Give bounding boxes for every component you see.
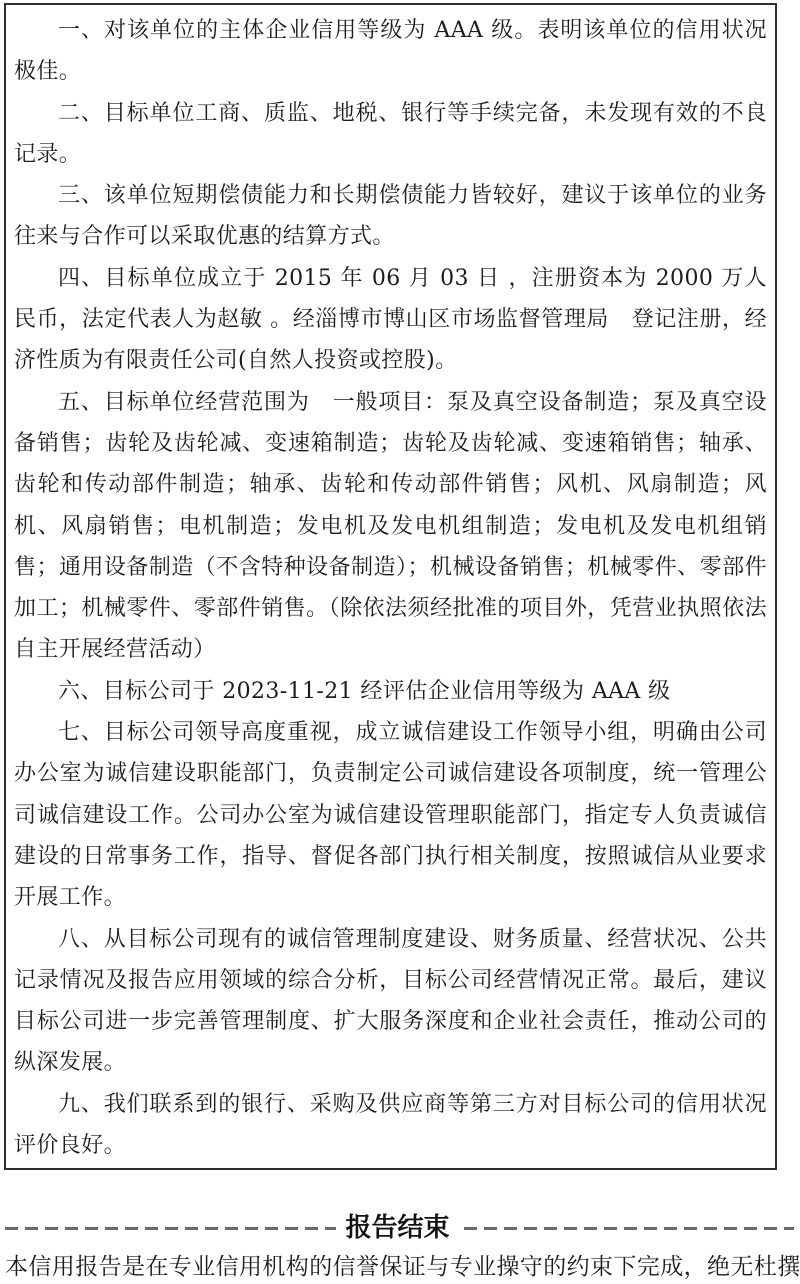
report-end-label: 报告结束: [336, 1210, 464, 1246]
report-paragraph-7: 七、目标公司领导高度重视，成立诚信建设工作领导小组，明确由公司办公室为诚信建设职…: [14, 712, 767, 918]
report-paragraph-4: 四、目标单位成立于 2015 年 06 月 03 日 ，注册资本为 2000 万…: [14, 258, 767, 382]
disclaimer-text: 本信用报告是在专业信用机构的信誉保证与专业操守的约束下完成，绝无杜撰。: [5, 1252, 800, 1282]
divider-dash-right: [464, 1227, 795, 1230]
report-paragraph-2: 二、目标单位工商、质监、地税、银行等手续完备，未发现有效的不良记录。: [14, 93, 767, 176]
report-end-divider: 报告结束: [5, 1210, 794, 1246]
divider-dash-left: [5, 1227, 336, 1230]
report-paragraph-8: 八、从目标公司现有的诚信管理制度建设、财务质量、经营状况、公共记录情况及报告应用…: [14, 919, 767, 1084]
report-paragraph-1: 一、对该单位的主体企业信用等级为 AAA 级。表明该单位的信用状况极佳。: [14, 10, 767, 93]
report-paragraph-6: 六、目标公司于 2023-11-21 经评估企业信用等级为 AAA 级: [14, 671, 767, 712]
credit-report-page: 一、对该单位的主体企业信用等级为 AAA 级。表明该单位的信用状况极佳。 二、目…: [0, 3, 800, 1284]
report-paragraph-9: 九、我们联系到的银行、采购及供应商等第三方对目标公司的信用状况评价良好。: [14, 1084, 767, 1167]
report-summary-box: 一、对该单位的主体企业信用等级为 AAA 级。表明该单位的信用状况极佳。 二、目…: [4, 3, 777, 1170]
report-paragraph-5: 五、目标单位经营范围为 一般项目：泵及真空设备制造；泵及真空设备销售；齿轮及齿轮…: [14, 382, 767, 671]
report-paragraph-3: 三、该单位短期偿债能力和长期偿债能力皆较好，建议于该单位的业务往来与合作可以采取…: [14, 175, 767, 258]
